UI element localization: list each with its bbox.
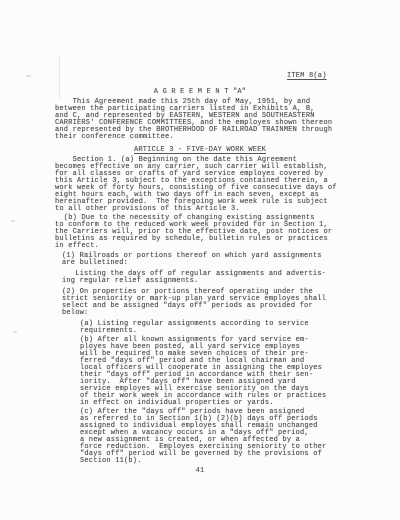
agreement-title: A G R E E M E N T "A" xyxy=(0,89,400,96)
subitem-c-paragraph: (c) After the "days off" periods have be… xyxy=(80,409,326,465)
scanned-document-page: ITEM 8(a) A G R E E M E N T "A" This Agr… xyxy=(0,0,400,520)
item-2-paragraph: (2) On properties or portions thereof op… xyxy=(62,289,326,317)
page-number: 41 xyxy=(0,468,400,475)
section-1b-paragraph: (b) Due to the necessity of changing exi… xyxy=(55,215,332,250)
scan-artifact xyxy=(13,331,17,333)
article-heading: ARTICLE 3 - FIVE-DAY WORK WEEK xyxy=(0,147,400,154)
scan-artifact xyxy=(11,220,15,222)
subitem-b-paragraph: (b) After all known assignments for yard… xyxy=(80,337,326,407)
listing-paragraph: Listing the days off of regular assignme… xyxy=(62,271,326,285)
intro-paragraph: This Agreement made this 25th day of May… xyxy=(55,99,332,141)
subitem-a-paragraph: (a) Listing regular assignments accordin… xyxy=(80,321,309,335)
scan-artifact xyxy=(26,75,31,77)
item-reference-label: ITEM 8(a) xyxy=(287,73,327,80)
item-1-paragraph: (1) Railroads or portions thereof on whi… xyxy=(62,253,322,267)
section-1a-paragraph: Section 1. (a) Beginning on the date thi… xyxy=(55,157,337,213)
